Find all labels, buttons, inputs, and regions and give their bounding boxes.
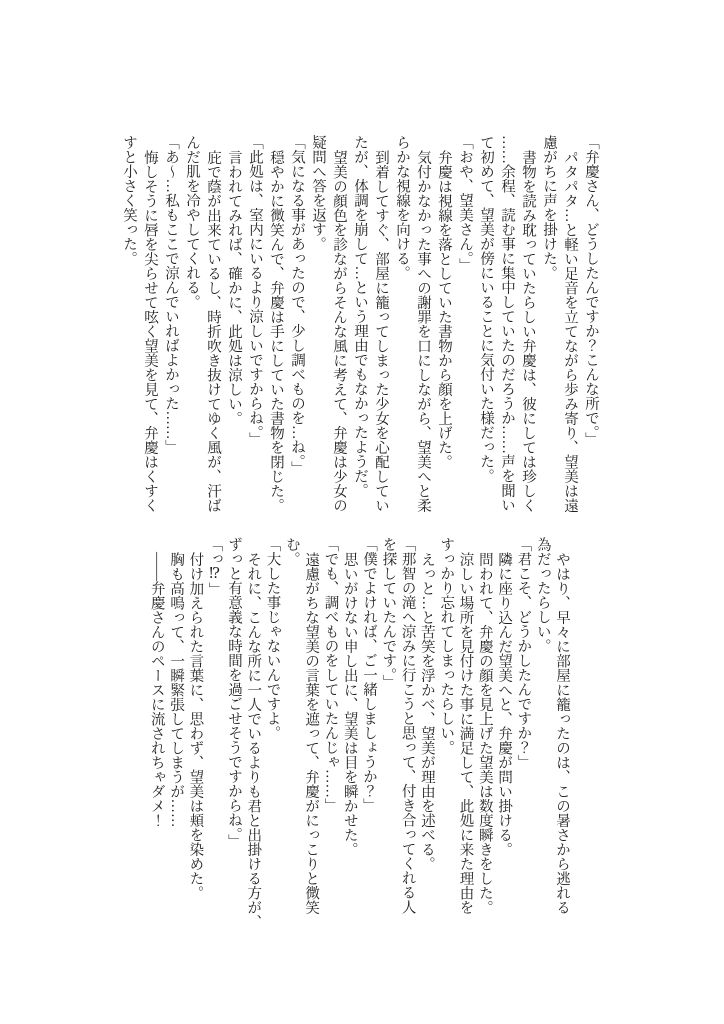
story-text-upper-block: 「弁慶さん、どうしたんですか？こんな所で。」パタパタ…と軽い足音を立てながら歩み… (118, 135, 601, 512)
text-line: 悔しそうに唇を尖らせて呟く望美を見て、弁慶はくすく (139, 135, 160, 512)
text-line: 為だったらしい。 (532, 537, 551, 929)
text-line: 「っ⁉」 (204, 537, 223, 929)
text-line: 問われて、弁慶の顔を見上げた望美は数度瞬きをした。 (475, 537, 494, 929)
text-line: 涼しい場所を見付けた事に満足して、此処に来た理由を (455, 537, 474, 929)
text-line: 隣に座り込んだ望美へと、弁慶が問い掛ける。 (494, 537, 513, 929)
text-line: 穏やかに微笑んで、弁慶は手にしていた書物を閉じた。 (265, 135, 286, 512)
text-line: 弁慶は視線を落としていた書物から顔を上げた。 (433, 135, 454, 512)
story-text-lower-block: やはり、早々に部屋に籠ったのは、この暑さから逃れる為だったらしい。「君こそ、どう… (146, 537, 571, 929)
text-line: パタパタ…と軽い足音を立てながら歩み寄り、望美は遠 (559, 135, 580, 512)
text-line: 「君こそ、どうかしたんですか？」 (513, 537, 532, 929)
text-line: 「此処は、室内にいるより涼しいですからね。」 (244, 135, 265, 512)
text-line: 疑問へ答を返す。 (307, 135, 328, 512)
text-line: 「僕でよければ、ご一緒しましょうか？」 (359, 537, 378, 929)
text-line: 「那智の滝へ涼みに行こうと思って、付き合ってくれる人 (397, 537, 416, 929)
text-line: 言われてみれば、確かに、此処は涼しい。 (223, 135, 244, 512)
text-line: 気付かなかった事への謝罪を口にしながら、望美へと柔 (412, 135, 433, 512)
text-line: えっと…と苦笑を浮かべ、望美が理由を述べる。 (417, 537, 436, 929)
text-line: を探していたんです。」 (378, 537, 397, 929)
text-line: 望美の顔色を診ながらそんな風に考えて、弁慶は少女の (328, 135, 349, 512)
text-line: すっかり忘れてしまったらしい。 (436, 537, 455, 929)
text-line: 「大した事じゃないんですよ。 (262, 537, 281, 929)
text-line: ……余程、読む事に集中していたのだろうか……声を聞い (496, 135, 517, 512)
novel-page: 「弁慶さん、どうしたんですか？こんな所で。」パタパタ…と軽い足音を立てながら歩み… (0, 0, 724, 1024)
text-line: たが、体調を崩して…という理由でもなかったようだ。 (349, 135, 370, 512)
text-line: 書物を読み耽っていたらしい弁慶は、彼にしては珍しく (517, 135, 538, 512)
text-line: すと小さく笑った。 (118, 135, 139, 512)
text-line: んだ肌を冷やしてくれる。 (181, 135, 202, 512)
text-line: 「あ〜…私もここで涼んでいればよかった……」 (160, 135, 181, 512)
text-line: 胸も高鳴って、一瞬緊張してしまうが…… (166, 537, 185, 929)
text-line: 庇で蔭が出来ているし、時折吹き抜けてゆく風が、汗ば (202, 135, 223, 512)
text-line: 「弁慶さん、どうしたんですか？こんな所で。」 (580, 135, 601, 512)
text-line: 付け加えられた言葉に、思わず、望美は頬を染めた。 (185, 537, 204, 929)
text-line: らかな視線を向ける。 (391, 135, 412, 512)
text-line: 「気になる事があったので、少し調べものを…ね。」 (286, 135, 307, 512)
text-line: ずっと有意義な時間を過ごせそうですからね。」 (224, 537, 243, 929)
text-line: 「でも、調べものをしていたんじゃ……」 (320, 537, 339, 929)
text-line: やはり、早々に部屋に籠ったのは、この暑さから逃れる (552, 537, 571, 929)
text-line: て初めて、望美が傍にいることに気付いた様だった。 (475, 135, 496, 512)
text-line: 「おや、望美さん。」 (454, 135, 475, 512)
text-line: 思いがけない申し出に、望美は目を瞬かせた。 (339, 537, 358, 929)
text-line: む。 (282, 537, 301, 929)
text-line: ——弁慶さんのペースに流されちゃダメ！ (146, 537, 165, 929)
text-line: 到着してすぐ、部屋に籠ってしまった少女を心配してい (370, 135, 391, 512)
text-line: それに、こんな所に一人でいるよりも君と出掛ける方が、 (243, 537, 262, 929)
text-line: 遠慮がちな望美の言葉を遮って、弁慶がにっこりと微笑 (301, 537, 320, 929)
text-line: 慮がちに声を掛けた。 (538, 135, 559, 512)
